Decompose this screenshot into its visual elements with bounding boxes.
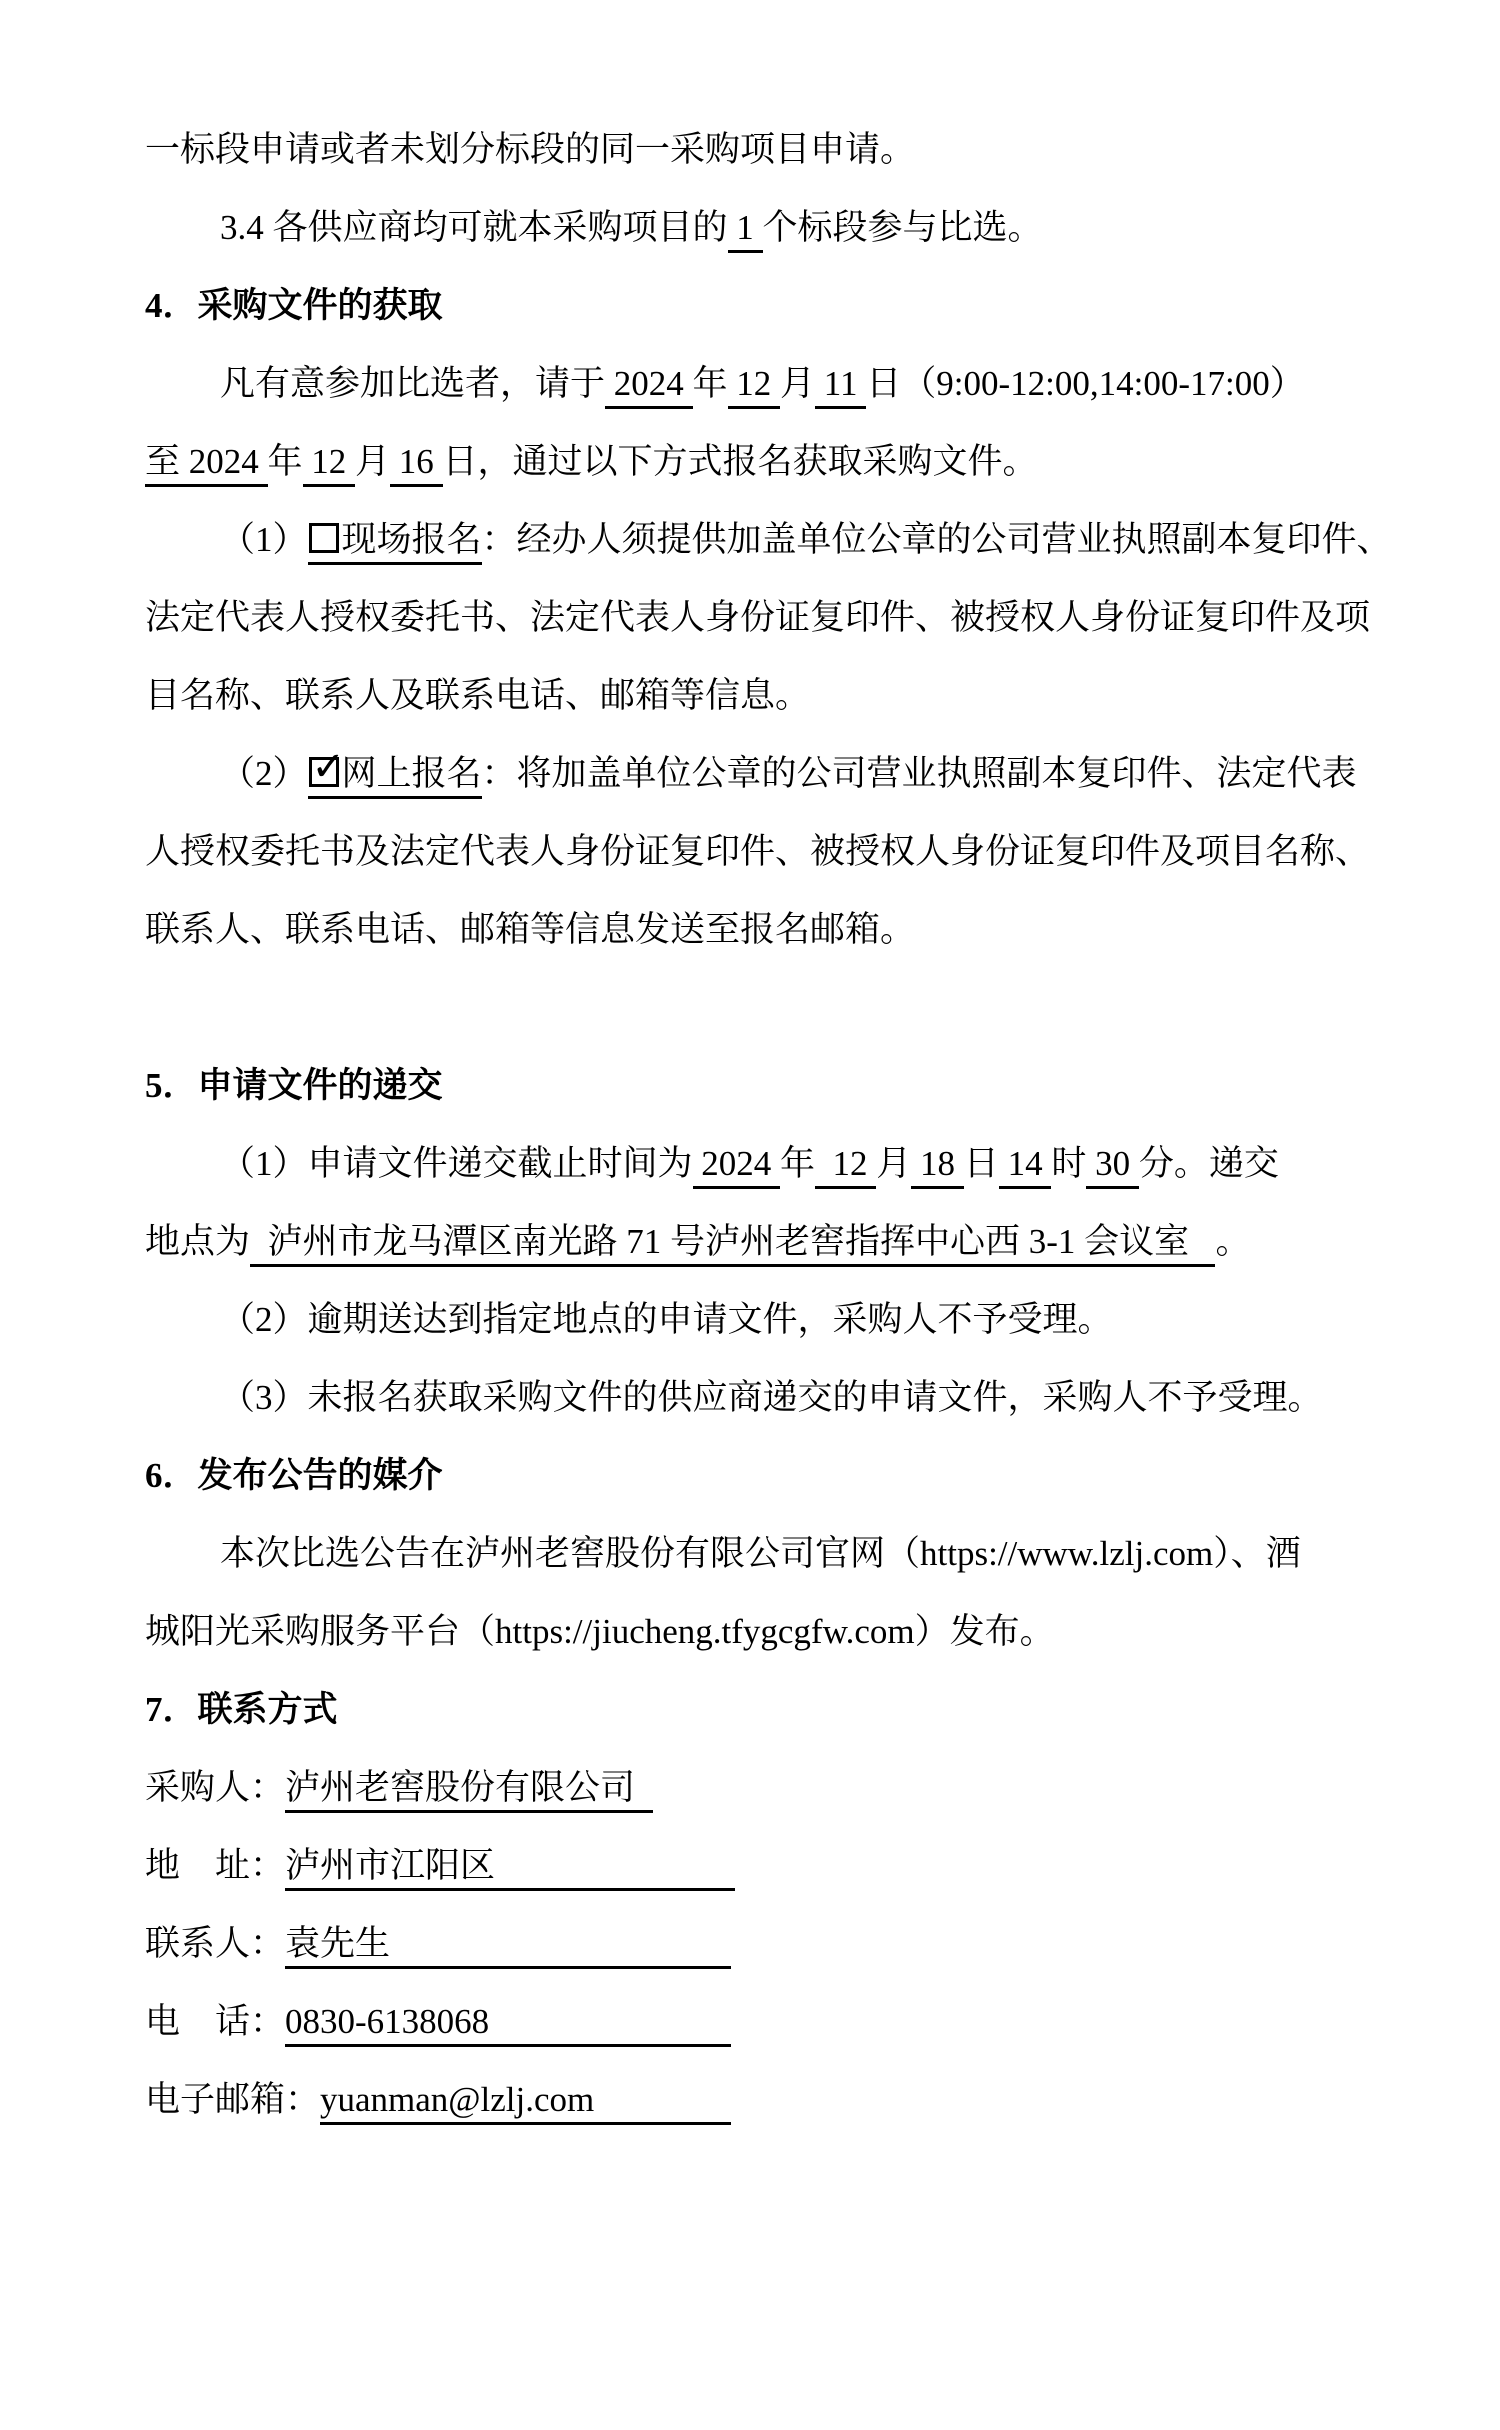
text-run: 月 bbox=[876, 1144, 911, 1183]
text-run: 年 bbox=[693, 364, 728, 403]
checkbox-unchecked-icon bbox=[309, 523, 339, 553]
text-run: 联系人： bbox=[145, 1924, 285, 1963]
underlined-field: 16 bbox=[390, 440, 443, 487]
text-run: 月 bbox=[780, 364, 815, 403]
underlined-field: 18 bbox=[911, 1142, 964, 1189]
text-run: 年 bbox=[268, 442, 303, 481]
text-run: 一标段申请或者未划分标段的同一采购项目申请。 bbox=[145, 130, 915, 169]
underlined-field: 12 bbox=[728, 362, 781, 409]
document-line: （2）✓网上报名：将加盖单位公章的公司营业执照副本复印件、法定代表 bbox=[145, 735, 1420, 813]
text-run: ：经办人须提供加盖单位公章的公司营业执照副本复印件、 bbox=[482, 520, 1392, 559]
document-line: 联系人：袁先生 bbox=[145, 1905, 1420, 1983]
check-mark-icon: ✓ bbox=[312, 747, 346, 787]
text-run: 个标段参与比选。 bbox=[763, 208, 1043, 247]
document-page: 一标段申请或者未划分标段的同一采购项目申请。3.4 各供应商均可就本采购项目的 … bbox=[0, 0, 1500, 2430]
document-line: 电子邮箱：yuanman@lzlj.com bbox=[145, 2061, 1420, 2139]
underlined-field: 30 bbox=[1086, 1142, 1139, 1189]
text-run: 联系人、联系电话、邮箱等信息发送至报名邮箱。 bbox=[145, 910, 915, 949]
text-run: 日 bbox=[964, 1144, 999, 1183]
text-run: 月 bbox=[355, 442, 390, 481]
document-line: （3）未报名获取采购文件的供应商递交的申请文件，采购人不予受理。 bbox=[145, 1359, 1420, 1437]
text-run: 城阳光采购服务平台（https://jiucheng.tfygcgfw.com）… bbox=[145, 1612, 1055, 1651]
section-heading: 6．发布公告的媒介 bbox=[145, 1437, 1420, 1515]
underlined-field: 0830-6138068 bbox=[285, 2000, 731, 2047]
underlined-field: 12 bbox=[303, 440, 356, 487]
underlined-field: 1 bbox=[728, 206, 763, 253]
document-line: 凡有意参加比选者，请于 2024 年 12 月 11 日（9:00-12:00,… bbox=[145, 345, 1420, 423]
text-run: （1）申请文件递交截止时间为 bbox=[220, 1144, 693, 1183]
document-line: 地点为 泸州市龙马潭区南光路 71 号泸州老窖指挥中心西 3-1 会议室 。 bbox=[145, 1203, 1420, 1281]
underlined-field: 泸州市江阳区 bbox=[285, 1844, 735, 1891]
document-line: （1）现场报名：经办人须提供加盖单位公章的公司营业执照副本复印件、 bbox=[145, 501, 1420, 579]
text-run: 日（9:00-12:00,14:00-17:00） bbox=[866, 364, 1304, 403]
text-run: 本次比选公告在泸州老窖股份有限公司官网（https://www.lzlj.com… bbox=[220, 1534, 1301, 1573]
underlined-field: 14 bbox=[999, 1142, 1052, 1189]
text-run: （2） bbox=[220, 754, 308, 793]
document-line: （1）申请文件递交截止时间为 2024 年 12 月 18 日 14 时 30 … bbox=[145, 1125, 1420, 1203]
underlined-field: 泸州老窖股份有限公司 bbox=[285, 1766, 653, 1813]
document-line: 本次比选公告在泸州老窖股份有限公司官网（https://www.lzlj.com… bbox=[145, 1515, 1420, 1593]
text-run: 人授权委托书及法定代表人身份证复印件、被授权人身份证复印件及项目名称、 bbox=[145, 832, 1370, 871]
underlined-field: 2024 bbox=[693, 1142, 781, 1189]
text-run: （3）未报名获取采购文件的供应商递交的申请文件，采购人不予受理。 bbox=[220, 1378, 1323, 1417]
text-run: 凡有意参加比选者，请于 bbox=[220, 364, 605, 403]
document-line: 地 址：泸州市江阳区 bbox=[145, 1827, 1420, 1905]
document-line: 采购人：泸州老窖股份有限公司 bbox=[145, 1749, 1420, 1827]
document-line: 一标段申请或者未划分标段的同一采购项目申请。 bbox=[145, 111, 1420, 189]
section-heading: 5．申请文件的递交 bbox=[145, 1047, 1420, 1125]
text-run: 日，通过以下方式报名获取采购文件。 bbox=[443, 442, 1038, 481]
section-heading: 4．采购文件的获取 bbox=[145, 267, 1420, 345]
document-line: 人授权委托书及法定代表人身份证复印件、被授权人身份证复印件及项目名称、 bbox=[145, 813, 1420, 891]
checkbox-field: 现场报名 bbox=[308, 518, 482, 565]
text-run: （1） bbox=[220, 520, 308, 559]
document-line: 目名称、联系人及联系电话、邮箱等信息。 bbox=[145, 657, 1420, 735]
text-run: 3.4 各供应商均可就本采购项目的 bbox=[220, 208, 728, 247]
underlined-field: 12 bbox=[815, 1142, 876, 1189]
text-run: 年 bbox=[780, 1144, 815, 1183]
underlined-field: 泸州市龙马潭区南光路 71 号泸州老窖指挥中心西 3-1 会议室 bbox=[250, 1220, 1215, 1267]
document-line: 电 话：0830-6138068 bbox=[145, 1983, 1420, 2061]
section-heading: 7．联系方式 bbox=[145, 1671, 1420, 1749]
text-run: 6．发布公告的媒介 bbox=[145, 1456, 443, 1495]
text-run: 时 bbox=[1051, 1144, 1086, 1183]
text-run: 4．采购文件的获取 bbox=[145, 286, 443, 325]
document-line: （2）逾期送达到指定地点的申请文件，采购人不予受理。 bbox=[145, 1281, 1420, 1359]
document-line: 至 2024 年 12 月 16 日，通过以下方式报名获取采购文件。 bbox=[145, 423, 1420, 501]
blank-line bbox=[145, 969, 1420, 1047]
checkbox-checked-icon: ✓ bbox=[309, 757, 339, 787]
text-run: 电子邮箱： bbox=[145, 2080, 320, 2119]
document-line: 城阳光采购服务平台（https://jiucheng.tfygcgfw.com）… bbox=[145, 1593, 1420, 1671]
underlined-field: 2024 bbox=[605, 362, 693, 409]
underlined-field: yuanman@lzlj.com bbox=[320, 2078, 731, 2125]
text-run: 7．联系方式 bbox=[145, 1690, 338, 1729]
document-line: 联系人、联系电话、邮箱等信息发送至报名邮箱。 bbox=[145, 891, 1420, 969]
text-run: 电 话： bbox=[145, 2002, 285, 2041]
underlined-field: 至 2024 bbox=[145, 440, 268, 487]
document-line: 法定代表人授权委托书、法定代表人身份证复印件、被授权人身份证复印件及项 bbox=[145, 579, 1420, 657]
text-run: 法定代表人授权委托书、法定代表人身份证复印件、被授权人身份证复印件及项 bbox=[145, 598, 1370, 637]
document-line: 3.4 各供应商均可就本采购项目的 1 个标段参与比选。 bbox=[145, 189, 1420, 267]
text-run: （2）逾期送达到指定地点的申请文件，采购人不予受理。 bbox=[220, 1300, 1113, 1339]
text-run: 目名称、联系人及联系电话、邮箱等信息。 bbox=[145, 676, 810, 715]
text-run: 分。递交 bbox=[1139, 1144, 1279, 1183]
text-run: 采购人： bbox=[145, 1768, 285, 1807]
text-run: 地点为 bbox=[145, 1222, 250, 1261]
underlined-field: 11 bbox=[815, 362, 866, 409]
text-run: 5．申请文件的递交 bbox=[145, 1066, 443, 1105]
underlined-field: 袁先生 bbox=[285, 1922, 731, 1969]
checkbox-field: ✓网上报名 bbox=[308, 752, 482, 799]
text-run: ：将加盖单位公章的公司营业执照副本复印件、法定代表 bbox=[482, 754, 1357, 793]
text-run: 。 bbox=[1215, 1222, 1250, 1261]
text-run: 地 址： bbox=[145, 1846, 285, 1885]
